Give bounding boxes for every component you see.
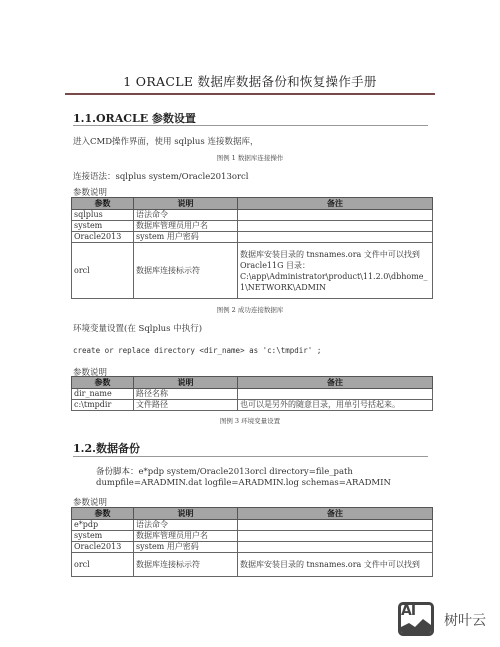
cell: 文件路径 (134, 400, 238, 411)
cell: system (72, 531, 134, 542)
intro-text: 进入CMD操作界面，使用 sqlplus 连接数据库， (73, 135, 258, 147)
cell: 数据库管理员用户名 (134, 531, 238, 542)
table-row: orcl 数据库连接标示符 数据库安装目录的 tnsnames.ora 文件中可… (72, 243, 433, 299)
header-note: 备注 (238, 508, 433, 520)
env-command: create or replace directory <dir_name> a… (73, 346, 321, 355)
table-row: orcl 数据库连接标示符 数据库安装目录的 tnsnames.ora 文件中可… (72, 553, 433, 577)
cell: 数据库连接标示符 (134, 553, 238, 577)
params-table-1: 参数 说明 备注 sqlplus 语法命令 system 数据库管理员用户名 O… (71, 197, 433, 299)
cell (238, 210, 433, 221)
header-desc: 说明 (134, 508, 238, 520)
cell: Oracle2013 (72, 232, 134, 243)
cell: e*pdp (72, 520, 134, 531)
cell: 语法命令 (134, 520, 238, 531)
cell: dir_name (72, 389, 134, 400)
cell: sqlplus (72, 210, 134, 221)
title-rule (65, 93, 435, 95)
cell: 也可以是另外的随意目录，用单引号括起来。 (238, 400, 433, 411)
section-heading-1-1: 1.1.ORACLE 参数设置 (73, 110, 196, 126)
table-row: Oracle2013 system 用户密码 (72, 542, 433, 553)
watermark-logo-icon: AI (398, 602, 434, 636)
header-param: 参数 (72, 508, 134, 520)
cell: Oracle2013 (72, 542, 134, 553)
syntax-text: 连接语法：sqlplus system/Oracle2013orcl (73, 170, 249, 182)
mountain-icon (401, 617, 431, 633)
cell: c:\tmpdir (72, 400, 134, 411)
header-desc: 说明 (134, 198, 238, 210)
table-header-row: 参数 说明 备注 (72, 508, 433, 520)
cell: 语法命令 (134, 210, 238, 221)
section-rule (73, 456, 428, 457)
backup-script-line1: 备份脚本：e*pdp system/Oracle2013orcl directo… (96, 465, 353, 477)
backup-script-line2: dumpfile=ARADMIN.dat logfile=ARADMIN.log… (96, 478, 391, 488)
table-row: Oracle2013 system 用户密码 (72, 232, 433, 243)
cell: system 用户密码 (134, 542, 238, 553)
params-table-3: 参数 说明 备注 e*pdp 语法命令 system 数据库管理员用户名 Ora… (71, 507, 433, 577)
header-param: 参数 (72, 377, 134, 389)
cell: orcl (72, 553, 134, 577)
cell (238, 232, 433, 243)
header-note: 备注 (238, 198, 433, 210)
header-param: 参数 (72, 198, 134, 210)
cell (238, 221, 433, 232)
header-note: 备注 (238, 377, 433, 389)
cell: 数据库安装目录的 tnsnames.ora 文件中可以找到 (238, 553, 433, 577)
cell (238, 520, 433, 531)
table-row: dir_name 路径名称 (72, 389, 433, 400)
figure-caption-2: 图例 2 成功连接数据库 (0, 305, 500, 314)
table-row: system 数据库管理员用户名 (72, 531, 433, 542)
document-title: 1 ORACLE 数据库数据备份和恢复操作手册 (0, 72, 500, 90)
env-title: 环境变量设置(在 Sqlplus 中执行) (73, 322, 202, 334)
section-rule (73, 125, 428, 126)
cell: 数据库连接标示符 (134, 243, 238, 299)
table-row: system 数据库管理员用户名 (72, 221, 433, 232)
cell: system 用户密码 (134, 232, 238, 243)
cell (238, 389, 433, 400)
header-desc: 说明 (134, 377, 238, 389)
table-row: e*pdp 语法命令 (72, 520, 433, 531)
params-table-2: 参数 说明 备注 dir_name 路径名称 c:\tmpdir 文件路径 也可… (71, 376, 433, 411)
cell (238, 531, 433, 542)
watermark-brand: 树叶云 (444, 610, 486, 630)
table-header-row: 参数 说明 备注 (72, 198, 433, 210)
table-row: c:\tmpdir 文件路径 也可以是另外的随意目录，用单引号括起来。 (72, 400, 433, 411)
cell: 数据库管理员用户名 (134, 221, 238, 232)
figure-caption-1: 图例 1 数据库连接操作 (0, 153, 500, 162)
table-header-row: 参数 说明 备注 (72, 377, 433, 389)
cell: 路径名称 (134, 389, 238, 400)
cell: system (72, 221, 134, 232)
cell: 数据库安装目录的 tnsnames.ora 文件中可以找到 Oracle11G … (238, 243, 433, 299)
figure-caption-3: 图例 3 环境变量设置 (0, 416, 500, 425)
table-row: sqlplus 语法命令 (72, 210, 433, 221)
section-heading-1-2: 1.2.数据备份 (73, 440, 140, 456)
cell: orcl (72, 243, 134, 299)
cell (238, 542, 433, 553)
